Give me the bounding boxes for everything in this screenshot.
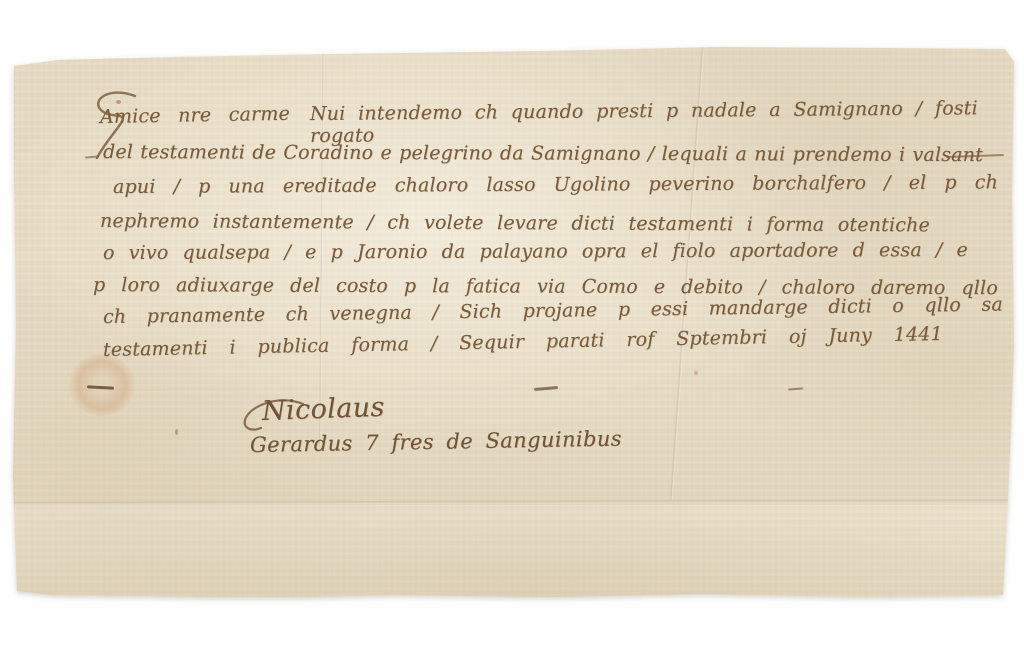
manuscript-line-5: o vivo qualsepa / e p Jaronio da palayan… [103, 240, 968, 265]
manuscript-line-1: Nui intendemo ch quando presti p nadale … [310, 98, 978, 148]
small-dark-speck [175, 429, 178, 435]
bottom-fold-flap [13, 505, 1014, 597]
signature-family: Gerardus 7 fres de Sanguinibus [250, 427, 622, 457]
manuscript-letter: Amice nre carme Nui intendemo ch quando … [0, 0, 1024, 655]
signature-name: Nicolaus [261, 392, 385, 427]
manuscript-salutation: Amice nre carme [100, 104, 290, 129]
right-dash-mark [788, 387, 803, 390]
stain-dash-mark [87, 385, 114, 389]
manuscript-line-8-dateline: testamenti i publica forma / Sequir para… [103, 324, 943, 362]
photo-background: Amice nre carme Nui intendemo ch quando … [0, 0, 1024, 655]
manuscript-line-3: apui / p una ereditade chaloro lasso Ugo… [113, 172, 998, 198]
fold-crease-horizontal-faint [13, 387, 1014, 392]
ink-wine-stain [69, 354, 135, 416]
orange-speck [694, 371, 698, 375]
fold-crease-horizontal-main [13, 499, 1014, 505]
center-dash-mark [534, 386, 558, 391]
manuscript-line-4: nephremo instantemente / ch volete levar… [100, 211, 930, 237]
margin-dash-mark [85, 155, 99, 158]
red-ink-speck [116, 100, 121, 104]
paper-sheet: Amice nre carme Nui intendemo ch quando … [13, 46, 1014, 597]
manuscript-line-2: del testamenti de Coradino e pelegrino d… [103, 142, 983, 167]
